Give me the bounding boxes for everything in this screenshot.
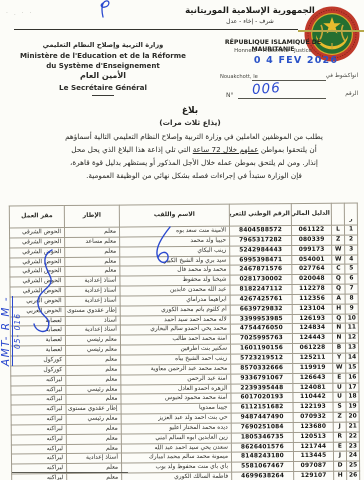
- cadre: معلم: [66, 394, 121, 404]
- row-number: 25: [347, 461, 360, 471]
- row-number: 7: [345, 284, 358, 294]
- row-number: 19: [346, 402, 359, 412]
- index-letter: L: [331, 225, 344, 235]
- financial-index: 121744: [293, 442, 333, 452]
- full-name: أم كلثوم باتم محمد الكوري: [120, 305, 230, 316]
- row-number: 18: [346, 392, 359, 402]
- index-letter: E: [333, 442, 346, 452]
- cadre: أستاذ: [65, 316, 120, 326]
- row-number: 16: [346, 373, 359, 383]
- index-letter: H: [334, 471, 347, 480]
- index-letter: J: [333, 451, 346, 461]
- financial-index: 061228: [293, 343, 333, 353]
- ministry-name-ar: وزارة التربية وإصلاح النظام التعليمي: [22, 41, 184, 49]
- republic-motto-ar: شرف - إخاء - عدل: [165, 18, 335, 25]
- number-label-fr: N°: [226, 92, 234, 99]
- full-name: ديده محمد المختار اعليو: [121, 423, 231, 434]
- cadre: أستاذ إعدادية: [65, 286, 120, 296]
- full-name: باي باي منت محفوظ ولد بوب: [122, 462, 232, 473]
- row-number: 8: [345, 294, 358, 304]
- cadre: إطار عقدوي مستوى 2: [66, 404, 121, 414]
- full-name: شيخنا ولد محفوظ: [120, 275, 230, 286]
- full-name: زينب احمد الشيخ بياه: [121, 354, 231, 365]
- row-number: 20: [346, 412, 359, 422]
- national-id: 9336791067: [231, 373, 293, 383]
- cadre: معلم: [66, 444, 121, 454]
- staff-table-body: 1L0611228404588572الامينة منت سعد بوهمعل…: [9, 225, 359, 480]
- workplace: لبراكنه: [12, 474, 67, 480]
- row-number: 6: [345, 274, 358, 284]
- full-name: عبد الله محمدن عابدين: [120, 285, 230, 296]
- row-number: 17: [346, 382, 359, 392]
- row-number: 10: [345, 314, 358, 324]
- pen-mark-top-icon: [95, 0, 117, 18]
- full-name: الزهره أحمدو العادل: [121, 384, 231, 395]
- financial-index: 123680: [293, 422, 333, 432]
- cadre: معلم: [66, 434, 121, 444]
- row-number: 12: [345, 333, 358, 343]
- cadre: معلم: [66, 375, 121, 385]
- financial-index: 112356: [292, 294, 332, 304]
- full-name: ابراهيما مدراماي: [120, 295, 230, 306]
- full-name: حي بنت احمد ولد عبد العزيز: [121, 413, 231, 424]
- col-header-financial-index: الدليل المالي: [291, 203, 331, 225]
- header-rule-yellow: [298, 30, 364, 32]
- financial-index: 123104: [292, 304, 332, 314]
- workplace: لبراكنه: [11, 444, 66, 454]
- staff-table-head: رالدليل الماليالرقم الوطني للتعريفالاسم …: [9, 203, 357, 228]
- staff-table: رالدليل الماليالرقم الوطني للتعريفالاسم …: [9, 202, 360, 480]
- scanned-document-page: · . · · الجمهورية الإسلامية الموريتانية …: [0, 0, 364, 480]
- row-number: 15: [346, 363, 359, 373]
- national-id: 6639729832: [230, 304, 292, 314]
- republic-title-ar: الجمهورية الإسلامية الموريتانية: [165, 6, 335, 16]
- financial-index: 124834: [292, 324, 332, 334]
- date-stamp: 0 4 FEV 2026: [246, 55, 346, 66]
- col-header-cadre: الإطار: [64, 205, 119, 227]
- workplace: الحوض الشرقي: [9, 228, 64, 238]
- full-name: محمد محمد عبد الرحمن معاوية: [121, 364, 231, 375]
- index-letter: U: [333, 392, 346, 402]
- index-letter: U: [333, 383, 346, 393]
- financial-index: 122193: [293, 402, 333, 412]
- scan-specks: · . · ·: [6, 10, 33, 17]
- index-letter: Q: [332, 274, 345, 284]
- financial-index: 119919: [293, 363, 333, 373]
- full-name: زين العابدين ابوه السالم امني: [121, 433, 231, 444]
- staff-table-wrapper: رالدليل الماليالرقم الوطني للتعريفالاسم …: [9, 202, 359, 480]
- financial-index: 113445: [293, 452, 333, 462]
- reference-number-line: N° 006 الرقم: [220, 88, 358, 102]
- national-id: 8626401576: [231, 442, 293, 452]
- index-letter: A: [332, 294, 345, 304]
- national-id: 5581067467: [232, 462, 294, 472]
- national-id: 5723219512: [231, 354, 293, 364]
- financial-index: 061122: [291, 225, 331, 235]
- index-letter: J: [333, 422, 346, 432]
- national-id: 2467871576: [230, 265, 292, 275]
- notice-body: يطلب من الموظفين العاملين في وزارة الترب…: [52, 131, 336, 183]
- row-number: 4: [345, 255, 358, 265]
- cadre: أستاذ إعدادية: [66, 453, 121, 463]
- financial-index: 054001: [292, 255, 332, 265]
- national-id: 8182247112: [230, 285, 292, 295]
- row-number: 24: [346, 451, 359, 461]
- footer-rule: [12, 472, 128, 473]
- cadre: معلم: [67, 473, 122, 480]
- national-id: 6112151682: [231, 403, 293, 413]
- index-letter: N: [332, 324, 345, 334]
- financial-index: 099173: [292, 245, 332, 255]
- full-name: محمد يحي أحمدو سالم البخاري: [120, 325, 230, 336]
- index-letter: Z: [332, 235, 345, 245]
- cadre: معلم رئيسي: [66, 414, 121, 424]
- index-letter: H: [332, 304, 345, 314]
- index-letter: N: [332, 333, 345, 343]
- cadre: معلم: [64, 227, 119, 237]
- header-row: رالدليل الماليالرقم الوطني للتعريفالاسم …: [9, 203, 357, 228]
- full-name: امنة عبد الرحمن: [121, 374, 231, 385]
- national-id: 6995398471: [230, 255, 292, 265]
- financial-index: 125211: [293, 353, 333, 363]
- secretary-underline: [92, 95, 114, 96]
- index-letter: E: [333, 373, 346, 383]
- ministry-name-fr-2: du Système d'Enseignement: [12, 61, 194, 70]
- header-rule: [14, 29, 298, 31]
- financial-index: 126643: [293, 373, 333, 383]
- index-letter: B: [333, 343, 346, 353]
- index-letter: W: [332, 245, 345, 255]
- financial-index: 129107: [294, 471, 334, 480]
- underlined-deadline: عملهم خلال 72 ساعة: [193, 145, 259, 154]
- cadre: معلم: [66, 365, 121, 375]
- index-letter: D: [334, 461, 347, 471]
- workplace: لبراكنه: [11, 434, 66, 444]
- workplace: لبراكنه: [11, 415, 66, 425]
- margin-note-line1: AMT- R M -: [0, 251, 12, 411]
- full-name: سكتير بنت اطرفين: [121, 344, 231, 355]
- cadre: معلم رئيسي: [66, 345, 121, 355]
- number-label-ar: الرقم: [345, 91, 358, 97]
- index-letter: W: [333, 363, 346, 373]
- financial-index: 124081: [293, 383, 333, 393]
- col-header-national-id: الرقم الوطني للتعريف: [229, 204, 291, 227]
- workplace: لبراكنه: [11, 424, 66, 434]
- full-name: جيبنا ممدويا: [121, 403, 231, 414]
- national-id: 1601190156: [231, 344, 293, 354]
- national-id: 8404588572: [229, 226, 291, 236]
- full-name: سعدن يحي سيد احمد عبد الله: [121, 443, 231, 454]
- national-id: 3399953985: [230, 314, 292, 324]
- national-id: 9487447490: [231, 413, 293, 423]
- row-number: 14: [346, 353, 359, 363]
- row-number: 23: [346, 442, 359, 452]
- financial-index: 120513: [293, 432, 333, 442]
- financial-index: 126193: [292, 314, 332, 324]
- national-id: 8148243180: [231, 452, 293, 462]
- margin-handwriting: AMT- R M - 05- 016: [0, 251, 26, 411]
- national-id: 2239395448: [231, 383, 293, 393]
- cadre: أستاذ إعدادية: [65, 276, 120, 286]
- notice-line-2: أن يلتحقوا بمواطن عملهم خلال 72 ساعة الت…: [52, 144, 336, 157]
- row-number: 22: [346, 432, 359, 442]
- full-name: فاطمة السالك الكوري: [122, 472, 232, 480]
- full-name: امنة محمد أحمد طالب: [120, 334, 230, 345]
- national-id: 4267425761: [230, 294, 292, 304]
- full-name: ميمونة محمد سالم محمد امبارك: [121, 452, 231, 463]
- place-date-line: Nouakchott, le انواكشوط في: [220, 72, 358, 82]
- cadre: معلم: [66, 355, 121, 365]
- row-number: 5: [345, 264, 358, 274]
- cadre: إطار عقدوي مستوى 2: [65, 306, 120, 316]
- cadre: معلم: [65, 247, 120, 257]
- notice-line-1: يطلب من الموظفين العاملين في وزارة الترب…: [52, 131, 336, 144]
- pen-scribble-left-icon: [26, 246, 60, 336]
- col-header-workplace: مقر العمل: [9, 206, 64, 228]
- index-letter: C: [332, 264, 345, 274]
- national-id: 4754476050: [230, 324, 292, 334]
- financial-index: 097087: [294, 461, 334, 471]
- index-letter: Z: [333, 412, 346, 422]
- financial-index: 020048: [292, 274, 332, 284]
- notice-subtitle: (يذاع ثلاث مرات): [110, 118, 270, 127]
- national-id: 4699638264: [232, 472, 294, 480]
- national-id: 7025995763: [230, 334, 292, 344]
- row-number: 3: [345, 245, 358, 255]
- financial-index: 112278: [292, 284, 332, 294]
- national-id: 7690251084: [231, 422, 293, 432]
- notice-title: بلاغ: [110, 106, 270, 116]
- index-letter: Q: [332, 314, 345, 324]
- notice-line-4: فإن الوزارة ستبدأ في إجراءات فصله بشكل ن…: [52, 170, 336, 183]
- financial-index: 080339: [292, 235, 332, 245]
- index-letter: Q: [332, 284, 345, 294]
- index-letter: R: [333, 432, 346, 442]
- handwritten-number: 006: [251, 80, 281, 98]
- row-number: 26: [347, 471, 360, 480]
- secretary-general-ar: الأمين العام: [22, 71, 184, 80]
- col-header-full-name: الاسم واللقب: [119, 204, 229, 227]
- cadre: معلم رئيسي: [65, 335, 120, 345]
- margin-note-line2: 05- 016: [12, 296, 22, 366]
- index-letter: S: [333, 402, 346, 412]
- cadre: معلم رئيسي: [66, 385, 121, 395]
- index-letter: Y: [333, 353, 346, 363]
- cadre: أستاذ إعدادية: [65, 325, 120, 335]
- national-id: 1805346735: [231, 432, 293, 442]
- row-number: 9: [345, 304, 358, 314]
- cadre: معلم: [66, 424, 121, 434]
- cadre: معلم: [65, 257, 120, 267]
- national-id: 8570332666: [231, 363, 293, 373]
- financial-index: 124443: [292, 333, 332, 343]
- row-number: 11: [345, 323, 358, 333]
- national-id: 6017020193: [231, 393, 293, 403]
- cadre: أستاذ إعدادية: [65, 296, 120, 306]
- cadre: معلم مساعد: [65, 237, 120, 247]
- financial-index: 070932: [293, 412, 333, 422]
- ministry-name-fr-1: Ministère de l'Education et de la Réform…: [12, 51, 194, 60]
- republic-motto-fr: Honneur - Fraternité - Justice: [203, 48, 343, 54]
- index-letter: W: [332, 255, 345, 265]
- financial-index: 110442: [293, 393, 333, 403]
- row-number: 21: [346, 422, 359, 432]
- national-id: 5242984443: [230, 245, 292, 255]
- row-number: 1: [344, 225, 357, 235]
- number-rule: [238, 98, 326, 99]
- row-number: 13: [346, 343, 359, 353]
- col-header-index-letter: [331, 203, 344, 225]
- notice-line-3: إنذار. ومن لم يلتحق بموطن عمله خلال الأج…: [52, 157, 336, 170]
- full-name: لاله محمد أحمد سيد أحمد: [120, 315, 230, 326]
- pen-scribble-name-column-icon: [150, 225, 176, 269]
- place-label-ar: انواكشوط في: [326, 73, 358, 79]
- financial-index: 027764: [292, 265, 332, 275]
- workplace: لبراكنه: [11, 454, 66, 464]
- full-name: أمنة محمد محمود لحبوس: [121, 393, 231, 404]
- cadre: معلم: [65, 266, 120, 276]
- row-number: 2: [345, 235, 358, 245]
- col-header-row-number: ر: [344, 203, 357, 225]
- national-id: 0281730002: [230, 275, 292, 285]
- national-id: 7965317282: [230, 235, 292, 245]
- secretary-general-fr: Le Secrétaire Général: [22, 83, 184, 92]
